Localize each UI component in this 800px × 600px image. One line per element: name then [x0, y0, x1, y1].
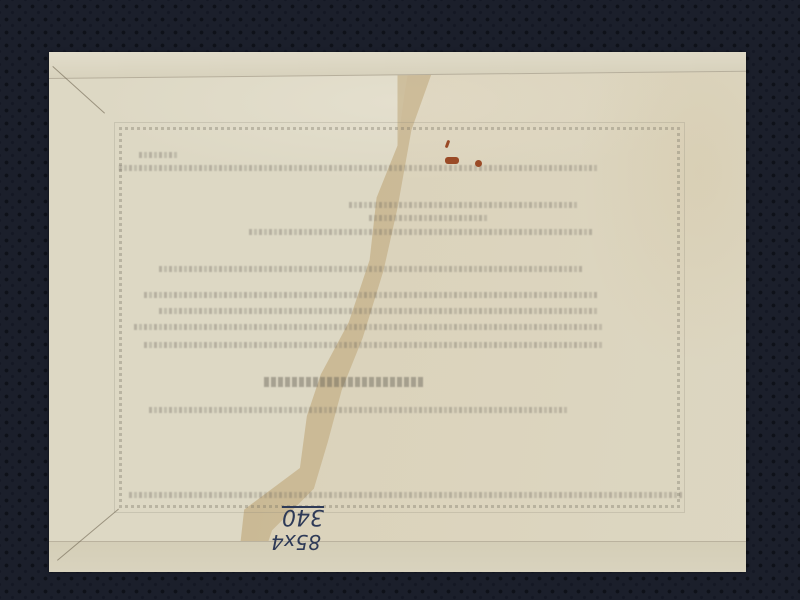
show-through-text	[249, 229, 594, 235]
show-through-text	[139, 152, 179, 158]
show-through-text	[149, 407, 569, 413]
show-through-heading	[264, 377, 424, 387]
document-back: 340 85x4	[49, 52, 746, 572]
show-through-border	[119, 127, 680, 508]
show-through-text	[144, 292, 599, 298]
show-through-text	[119, 165, 599, 171]
show-through-text	[369, 215, 489, 221]
show-through-text	[129, 492, 684, 498]
handwritten-number: 340	[282, 505, 324, 527]
handwritten-dimensions: 85x4	[271, 532, 321, 552]
rust-mark	[475, 160, 482, 167]
show-through-text	[159, 266, 584, 272]
rust-mark	[445, 157, 459, 164]
show-through-text	[134, 324, 604, 330]
folded-bottom-edge	[49, 541, 746, 572]
show-through-text	[159, 308, 599, 314]
show-through-text	[144, 342, 604, 348]
show-through-text	[349, 202, 579, 208]
